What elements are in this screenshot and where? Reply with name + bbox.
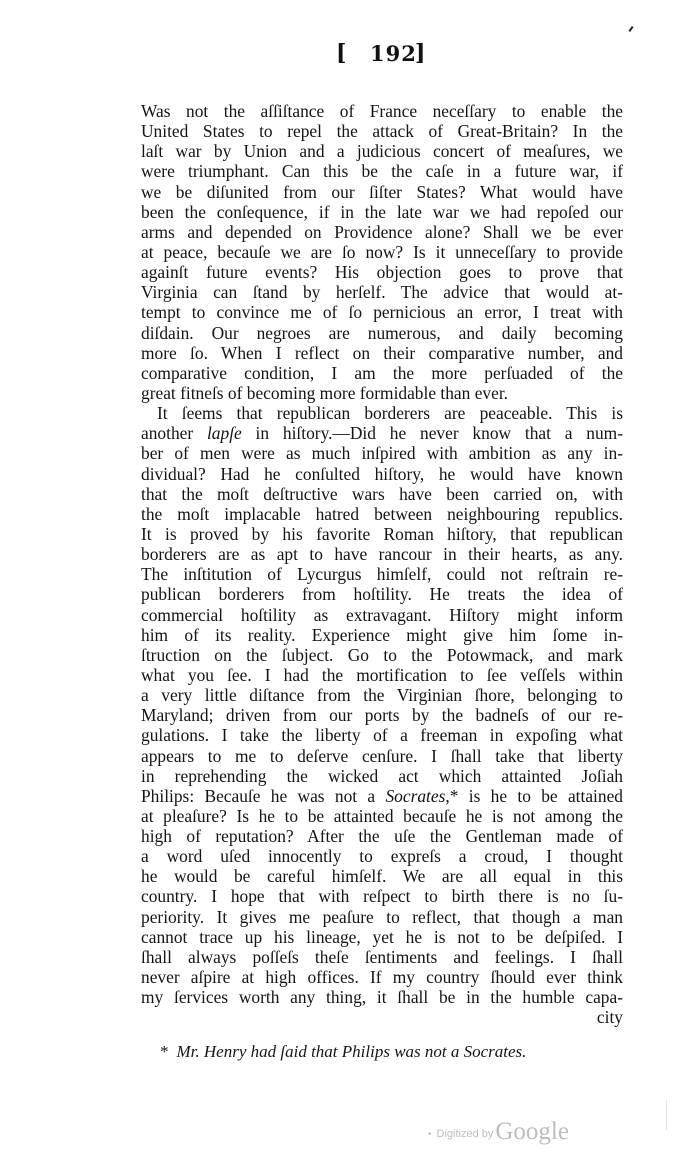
- book-page: [ 192 ] Was not the aſſiſtance of France…: [0, 0, 679, 1168]
- google-logo-text: Google: [495, 1118, 569, 1145]
- text-line: what you ſee. I had the mortification to…: [141, 665, 623, 685]
- text-line: It is proved by his favorite Roman hiſto…: [141, 524, 623, 544]
- text-line: we be diſunited from our ſiſter States? …: [141, 182, 623, 202]
- header-bracket-left: [: [336, 40, 347, 66]
- text-line: ſhall always poſſeſs theſe ſentiments an…: [141, 947, 623, 967]
- footnote: *Mr. Henry had ſaid that Philips was not…: [160, 1042, 620, 1062]
- watermark-dot: •: [428, 1129, 432, 1140]
- text-line: ſtruction on the ſubject. Go to the Poto…: [141, 645, 623, 665]
- text-line: never aſpire at high offices. If my coun…: [141, 967, 623, 987]
- text-line: that the moſt deſtructive wars have been…: [141, 484, 623, 504]
- text-line: a word uſed innocently to expreſs a crou…: [141, 846, 623, 866]
- text-line: diſdain. Our negroes are numerous, and d…: [141, 323, 623, 343]
- text-line: The inſtitution of Lycurgus himſelf, cou…: [141, 564, 623, 584]
- text-line: Virginia can ſtand by herſelf. The advic…: [141, 282, 623, 302]
- text-line: periority. It gives me peaſure to reflec…: [141, 907, 623, 927]
- text-line: againſt future events? His objection goe…: [141, 262, 623, 282]
- text-line: were triumphant. Can this be the caſe in…: [141, 161, 623, 181]
- text-line: It ſeems that republican borderers are p…: [141, 403, 623, 423]
- text-line: him of its reality. Experience might giv…: [141, 625, 623, 645]
- text-line: a very little diſtance from the Virginia…: [141, 685, 623, 705]
- italic-text: Socrates: [385, 786, 445, 806]
- text-line: in reprehending the wicked act which att…: [141, 766, 623, 786]
- text-line: tempt to convince me of ſo pernicious an…: [141, 302, 623, 322]
- text-line: another lapſe in hiſtory.—Did he never k…: [141, 423, 623, 443]
- text-line: cannot trace up his lineage, yet he is n…: [141, 927, 623, 947]
- text-line: more ſo. When I reflect on their compara…: [141, 343, 623, 363]
- italic-text: lapſe: [207, 423, 242, 443]
- text-line: my ſervices worth any thing, it ſhall be…: [141, 987, 623, 1007]
- text-line: ber of men were as much inſpired with am…: [141, 443, 623, 463]
- text-line: city: [141, 1007, 623, 1027]
- text-line: laſt war by Union and a judicious concer…: [141, 141, 623, 161]
- text-line: been the conſequence, if in the late war…: [141, 202, 623, 222]
- text-line: gulations. I take the liberty of a freem…: [141, 725, 623, 745]
- text-line: arms and depended on Providence alone? S…: [141, 222, 623, 242]
- page-header: [ 192 ]: [300, 40, 460, 72]
- text-line: comparative condition, I am the more per…: [141, 363, 623, 383]
- text-line: Maryland; driven from our ports by the b…: [141, 705, 623, 725]
- footnote-marker: *: [160, 1042, 169, 1061]
- text-line: Was not the aſſiſtance of France neceſſa…: [141, 101, 623, 121]
- text-line: country. I hope that with reſpect to bir…: [141, 886, 623, 906]
- header-bracket-right: ]: [415, 40, 426, 66]
- text-line: he would be careful himſelf. We are all …: [141, 866, 623, 886]
- page-number: 192: [370, 41, 417, 66]
- text-line: great fitneſs of becoming more formidabl…: [141, 383, 623, 403]
- digitized-by-google-watermark: •Digitized byGoogle: [428, 1116, 569, 1144]
- text-line: appears to me to deſerve cenſure. I ſhal…: [141, 746, 623, 766]
- body-text: Was not the aſſiſtance of France neceſſa…: [141, 101, 623, 1027]
- text-line: high of reputation? After the uſe the Ge…: [141, 826, 623, 846]
- text-line: at peace, becauſe we are ſo now? Is it u…: [141, 242, 623, 262]
- footnote-text: Mr. Henry had ſaid that Philips was not …: [177, 1042, 527, 1061]
- scan-edge-line: [666, 1100, 667, 1130]
- text-line: Philips: Becauſe he was not a Socrates,*…: [141, 786, 623, 806]
- text-line: publican borderers from hoſtility. He tr…: [141, 584, 623, 604]
- stray-ink-mark: [628, 26, 633, 32]
- text-line: United States to repel the attack of Gre…: [141, 121, 623, 141]
- text-line: borderers are as apt to have rancour in …: [141, 544, 623, 564]
- watermark-prefix: Digitized by: [437, 1128, 494, 1140]
- text-line: dividual? Had he conſulted hiſtory, he w…: [141, 464, 623, 484]
- text-line: commercial hoſtility as extravagant. Hiſ…: [141, 605, 623, 625]
- text-line: the moſt implacable hatred between neigh…: [141, 504, 623, 524]
- text-line: at pleaſure? Is he to be attainted becau…: [141, 806, 623, 826]
